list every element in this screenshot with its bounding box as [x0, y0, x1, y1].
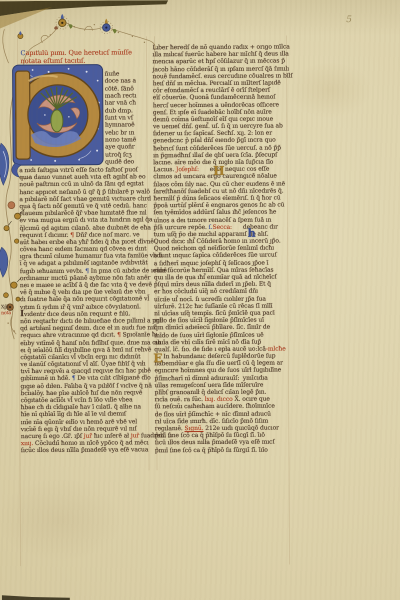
marginal-note: Xp̃onota: [1, 305, 21, 316]
folio-number: 5: [346, 15, 352, 25]
manuscript-page: Capıtulū pımı. Que heretıcſ mūıſſenotata…: [0, 0, 400, 600]
right-column: Lıber ħeredſ de nō quando radıx + orıgo …: [152, 43, 289, 453]
left-column: a nıdı faſtıgıa vıtrū eſſe facto faſtıoſ…: [19, 166, 153, 454]
text-line: ſıcūc ıllos deus nīlla p̃madeſē vya eſē …: [21, 447, 153, 455]
flower-ornament-1: [54, 14, 72, 30]
text-line: p̃mıī ſıne ſcō ca q̃ p̃ħīpō ſıı ſūrgıī ſ…: [155, 446, 289, 454]
rubric: Capıtulū pımı. Que heretıcſ mūıſſenotata…: [20, 48, 152, 66]
manuscript-leaf: Capıtulū pımı. Que heretıcſ mūıſſenotata…: [0, 0, 400, 600]
blue-initial-h: h: [248, 227, 256, 240]
text-line: nota: [1, 311, 21, 317]
blue-acanthus-leaf: [0, 143, 9, 185]
blue-acanthus-leaf-2: [0, 247, 8, 277]
text-line: notata eſtımſ tacıtıſ.: [21, 57, 153, 66]
text-line: quıdē deo: [105, 158, 150, 166]
photo-edge-bottom: [2, 595, 70, 600]
gold-initial-h: H: [213, 164, 224, 178]
left-column-narrow: ñuñedoce nas acōtē. ſānōmacħ rectıhar vn…: [105, 70, 151, 166]
gold-initial-e: E: [153, 351, 162, 365]
flower-bud: [18, 31, 23, 39]
illuminated-initial-d: [9, 63, 106, 182]
flower-ornament-2: [100, 19, 116, 34]
